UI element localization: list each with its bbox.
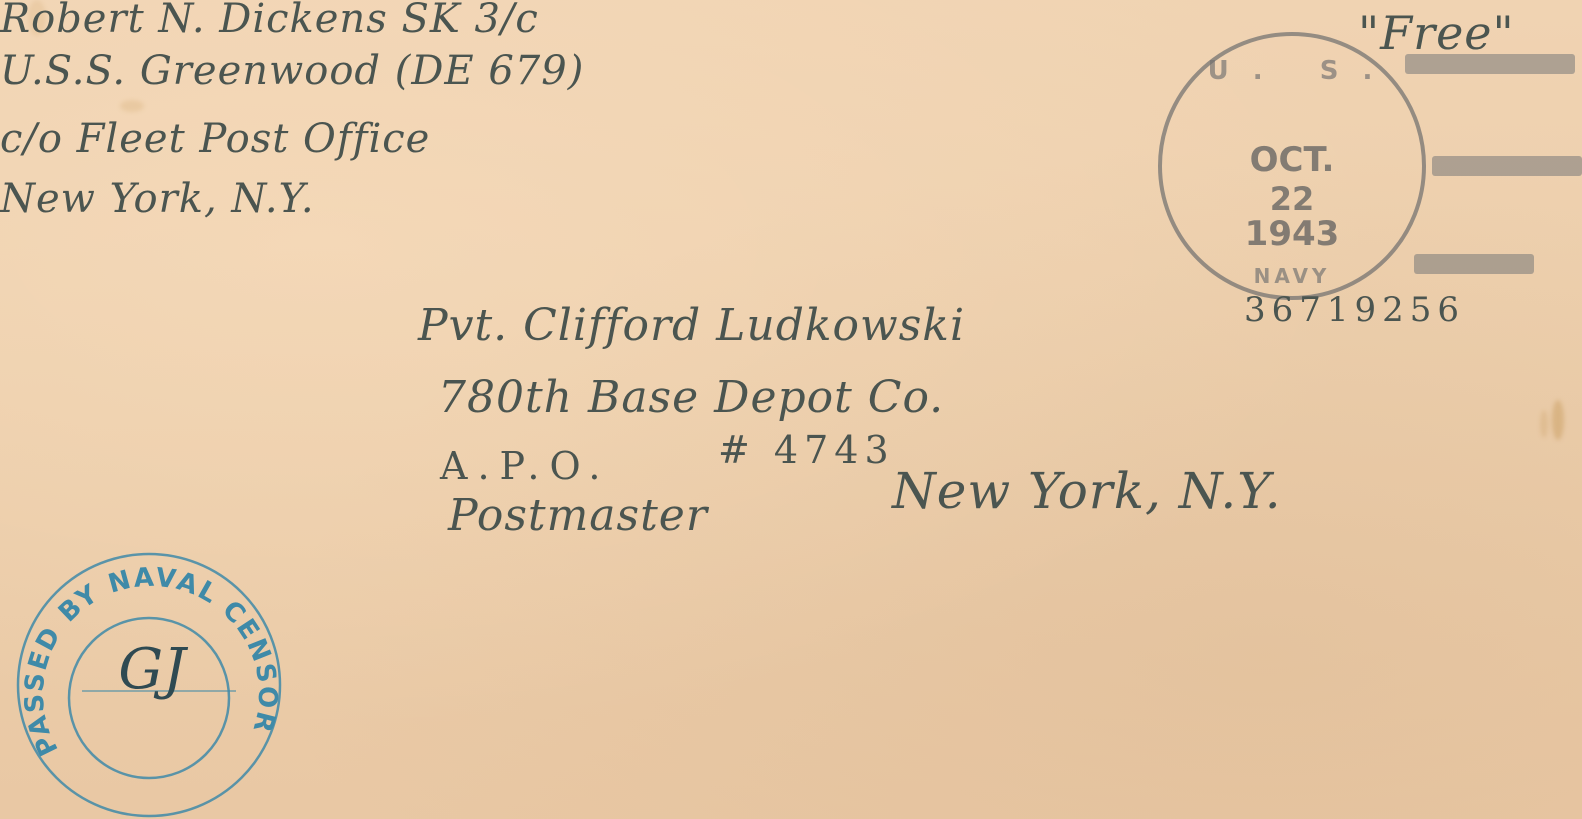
cancel-bar	[1405, 54, 1575, 74]
return-ship: U.S.S. Greenwood (DE 679)	[0, 48, 584, 94]
return-name: Robert N. Dickens SK 3/c	[0, 0, 539, 42]
return-fpo: c/o Fleet Post Office	[0, 116, 430, 162]
recipient-unit: 780th Base Depot Co.	[438, 372, 944, 423]
recipient-name: Pvt. Clifford Ludkowski	[418, 300, 965, 351]
recipient-city: New York, N.Y.	[892, 462, 1282, 520]
postmark-day: 22	[1162, 180, 1422, 218]
age-stain	[120, 100, 144, 112]
cancel-bar	[1432, 156, 1582, 176]
recipient-apo: A.P.O.	[440, 444, 610, 488]
recipient-serial: 36719256	[1244, 290, 1465, 330]
censor-initials: GJ	[118, 637, 189, 702]
postmark-month: OCT.	[1162, 140, 1422, 180]
envelope: Robert N. Dickens SK 3/c U.S.S. Greenwoo…	[0, 0, 1582, 819]
free-frank: "Free"	[1358, 6, 1515, 60]
postmark: U. S. OCT. 22 1943 NAVY	[1158, 32, 1426, 300]
naval-censor-stamp: PASSED BY NAVAL CENSOR GJ	[12, 548, 286, 819]
postmark-bottom: NAVY	[1162, 264, 1422, 288]
age-stain	[1540, 410, 1548, 438]
cancel-bar	[1414, 254, 1534, 274]
recipient-postmaster: Postmaster	[448, 490, 708, 541]
age-stain	[1552, 400, 1564, 440]
return-city: New York, N.Y.	[0, 176, 315, 222]
postmark-year: 1943	[1162, 214, 1422, 254]
postmark-top: U. S.	[1162, 56, 1422, 86]
recipient-apo-number: # 4743	[718, 428, 895, 472]
